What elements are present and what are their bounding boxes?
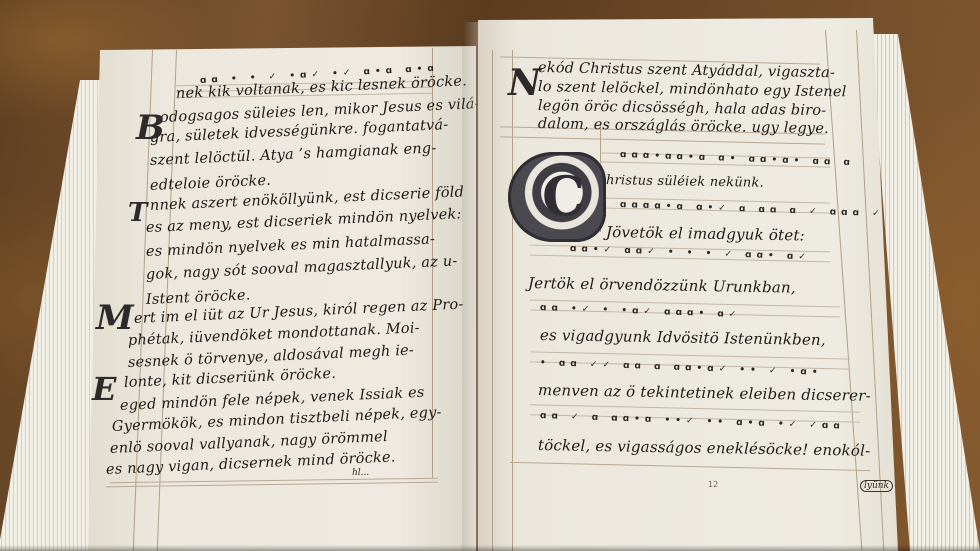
right-margin-rule-inner [512, 50, 513, 551]
decorated-initial-letter: C [542, 164, 585, 228]
right-catchword: lyünk [860, 480, 893, 492]
folio-number: 12 [708, 480, 718, 489]
manuscript-photo: ɑɑ • • ✓ •ɑ✓ •✓ ɑ•ɑ ɑ•ɑ nek kik voltanak… [0, 0, 980, 551]
initial-letter: M [96, 298, 134, 338]
right-margin-rule-outer [492, 50, 493, 551]
bottom-shadow [0, 545, 980, 551]
decorated-initial: C [508, 152, 606, 242]
chant-text: hristus süléiek nekünk. [606, 173, 764, 191]
initial-letter: N [508, 62, 541, 104]
chant-text: Jövetök el imadgyuk ötet: [606, 223, 805, 244]
left-catchword: hl... [352, 468, 369, 478]
initial-letter: E [92, 370, 116, 408]
initial-letter: B [136, 108, 165, 148]
initial-letter: T [128, 198, 147, 228]
